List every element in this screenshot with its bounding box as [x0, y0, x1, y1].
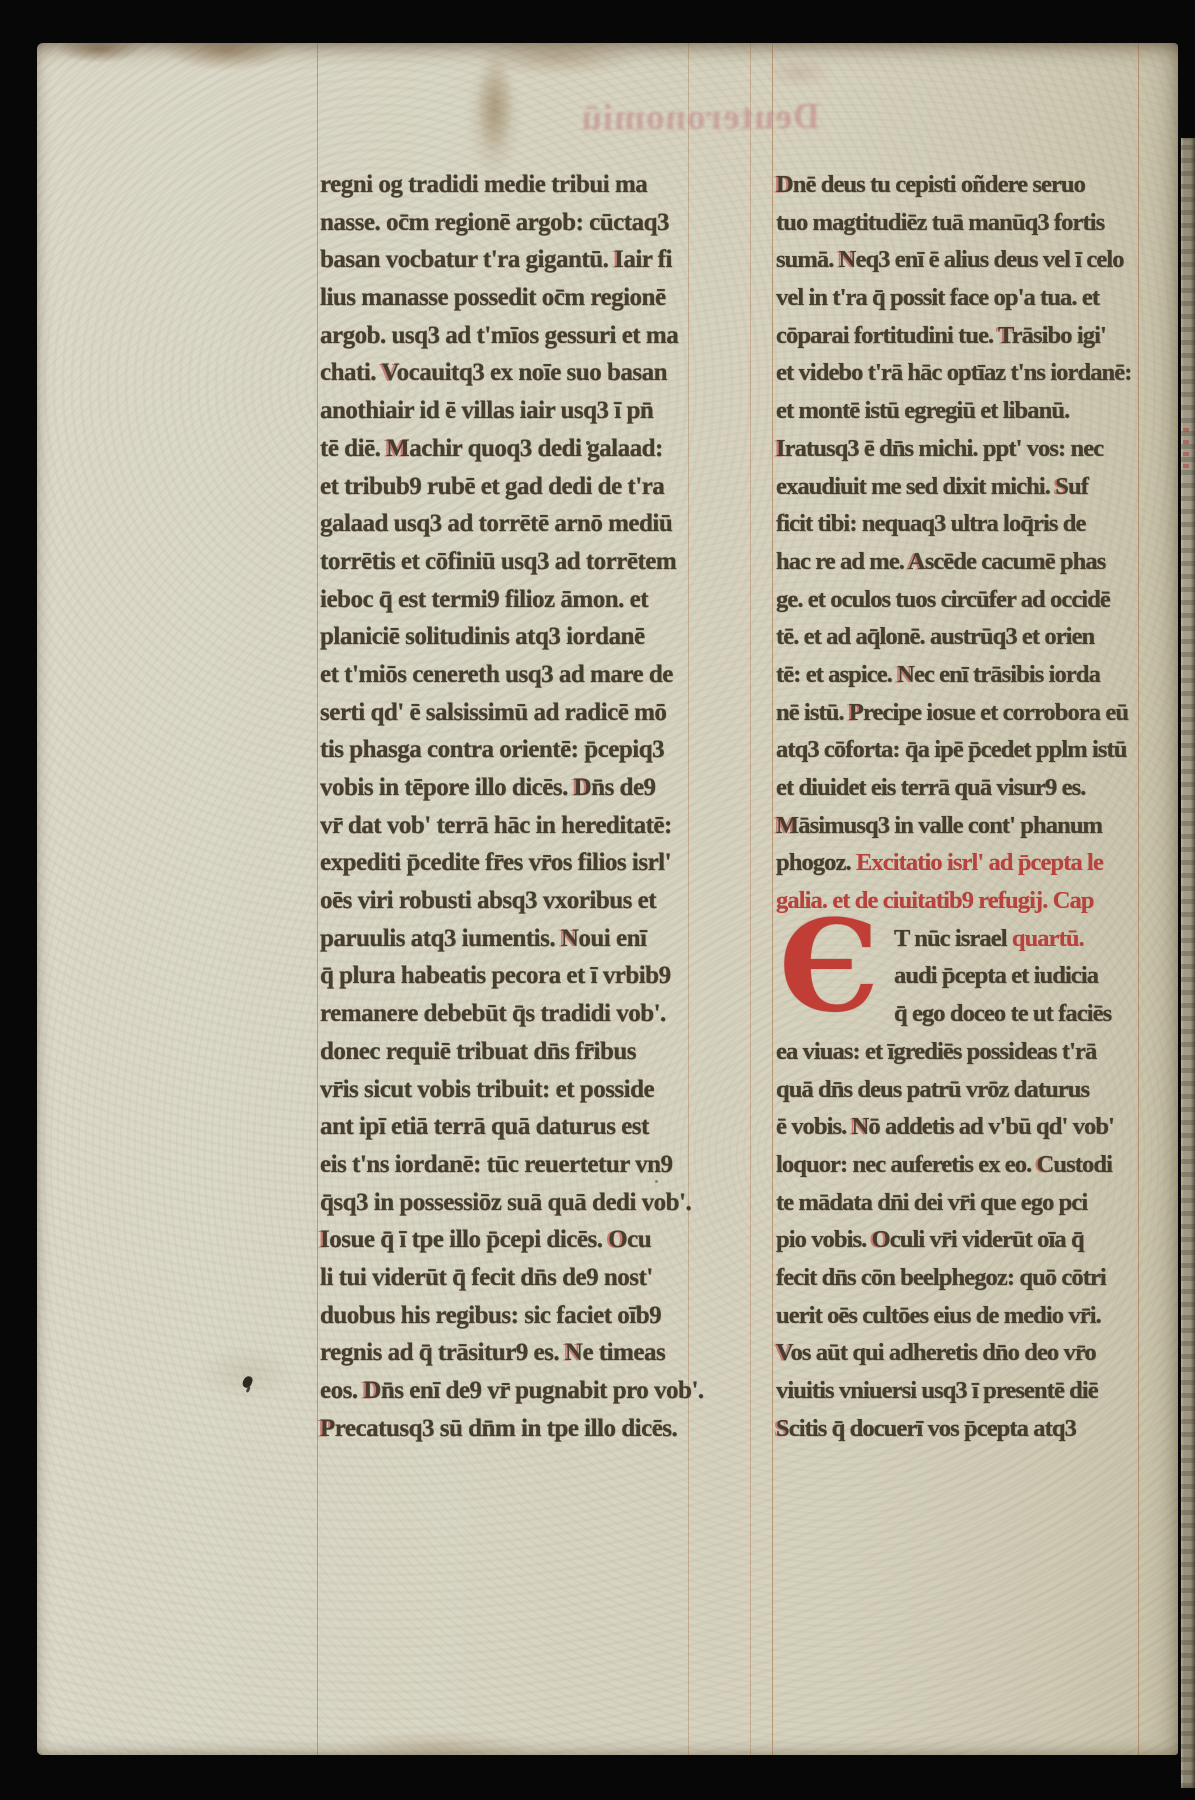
body-text: paruulis atq3 iumentis. — [320, 925, 561, 952]
text-line: q̄sq3 in possessiōz suā quā dedi vob'. — [320, 1184, 704, 1222]
body-text: fecit dn̄s cōn beelphegoz: quō cōtri — [776, 1264, 1106, 1291]
body-text: te mādata dn̄i dei vr̄i que ego pci — [776, 1189, 1087, 1216]
body-text: eos. — [320, 1377, 363, 1404]
body-text: ge. et oculos tuos circūfer ad occidē — [776, 586, 1110, 613]
rubricated-capital: S — [776, 1415, 789, 1442]
text-line: vobis in tēpore illo dicēs. Dn̄s de9 — [320, 769, 704, 807]
body-text: torrētis et cōfiniū usq3 ad torrētem — [320, 548, 676, 575]
body-text: atq3 cōforta: q̄a ipē p̄cedet pplm istū — [776, 736, 1127, 763]
body-text: ē vobis. — [776, 1113, 852, 1140]
text-line: fecit dn̄s cōn beelphegoz: quō cōtri — [776, 1259, 1132, 1297]
text-line: vel in t'ra q̄ possit face op'a tua. et — [776, 279, 1132, 317]
chapter-initial-letter: Є — [779, 903, 879, 1029]
ink-speck — [586, 441, 590, 445]
body-text: n̄s enī de9 vr̄ pugnabit pro vob'. — [381, 1377, 704, 1404]
text-line: hac re ad me. Ascēde cacumē phas — [776, 543, 1132, 581]
text-line: Dnē deus tu cepisti oñdere seruo — [776, 166, 1132, 204]
body-text: air fi — [623, 246, 672, 273]
body-text: duobus his regibus: sic faciet oīb9 — [320, 1302, 661, 1329]
text-line: ē vobis. Nō addetis ad v'bū qd' vob' — [776, 1108, 1132, 1146]
body-text: et t'miōs cenereth usq3 ad mare de — [320, 661, 673, 688]
rubricated-capital: V — [776, 1339, 791, 1366]
body-text: tē. et ad aq̄lonē. austrūq3 et orien — [776, 623, 1094, 650]
body-text: li tui viderūt q̄ fecit dn̄s de9 nost' — [320, 1264, 653, 1291]
text-line: pio vobis. Oculi vr̄i viderūt oīa q̄ — [776, 1221, 1132, 1259]
body-text: et tribub9 rubē et gad dedi de t'ra — [320, 473, 664, 500]
body-text: scēde cacumē phas — [925, 548, 1106, 575]
text-line: tuo magtitudiēz tuā manūq3 fortis — [776, 204, 1132, 242]
text-line: argob. usq3 ad t'mīos gessuri et ma — [320, 317, 704, 355]
text-line: et diuidet eis terrā quā visur9 es. — [776, 769, 1132, 807]
body-text: tē diē. — [320, 435, 386, 462]
text-line: li tui viderūt q̄ fecit dn̄s de9 nost' — [320, 1259, 704, 1297]
body-text: nē deus tu cepisti oñdere seruo — [793, 171, 1085, 198]
text-line: Māsimusq3 in valle cont' phanum — [776, 807, 1132, 845]
text-line: quā dn̄s deus patrū vrōz daturus — [776, 1071, 1132, 1109]
text-line: regnis ad q̄ trāsitur9 es. Ne timeas — [320, 1334, 704, 1372]
text-line: viuitis vniuersi usq3 ī presentē diē — [776, 1372, 1132, 1410]
rubricated-capital: P — [320, 1415, 335, 1442]
body-text: culi vr̄i viderūt oīa q̄ — [890, 1226, 1084, 1253]
body-text: vr̄ dat vob' terrā hāc in hereditatē: — [320, 812, 672, 839]
rubricated-capital: I — [776, 435, 785, 462]
rubricated-capital: I — [614, 246, 623, 273]
body-text: exaudiuit me sed dixit michi. — [776, 473, 1055, 500]
body-text: eq3 enī ē alius deus vel ī celo — [855, 246, 1123, 273]
ruling-line-col1-left — [317, 43, 318, 1755]
body-text: tuo magtitudiēz tuā manūq3 fortis — [776, 209, 1104, 236]
text-line: ge. et oculos tuos circūfer ad occidē — [776, 581, 1132, 619]
text-line: ant ipī etiā terrā quā daturus est — [320, 1108, 704, 1146]
text-line: tis phasga contra orientē: p̄cepiq3 — [320, 731, 704, 769]
body-text: chati. — [320, 359, 381, 386]
text-line: et tribub9 rubē et gad dedi de t'ra — [320, 468, 704, 506]
body-text: ocauitq3 ex noīe suo basan — [397, 359, 667, 386]
text-line: sumā. Neq3 enī ē alius deus vel ī celo — [776, 241, 1132, 279]
rubricated-capital: O — [608, 1226, 627, 1253]
rubric-text: Excitatio isrl' ad p̄cepta le — [856, 849, 1103, 876]
text-line: Iosue q̄ ī tpe illo p̄cepi dicēs. Ocu — [320, 1221, 704, 1259]
body-text: galaad usq3 ad torrētē arnō mediū — [320, 510, 672, 537]
body-text: osue q̄ ī tpe illo p̄cepi dicēs. — [329, 1226, 608, 1253]
text-line: et t'miōs cenereth usq3 ad mare de — [320, 656, 704, 694]
text-line: nē istū. Precipe iosue et corrobora eū — [776, 694, 1132, 732]
body-text: n̄s de9 — [591, 774, 655, 801]
body-text: viuitis vniuersi usq3 ī presentē diē — [776, 1377, 1098, 1404]
body-text: uf — [1068, 473, 1088, 500]
rubricated-capital: N — [839, 246, 856, 273]
body-text: cōparai fortitudini tue. — [776, 322, 998, 349]
body-text: vel in t'ra q̄ possit face op'a tua. et — [776, 284, 1099, 311]
body-text: ō addetis ad v'bū qd' vob' — [868, 1113, 1114, 1140]
text-line: duobus his regibus: sic faciet oīb9 — [320, 1297, 704, 1335]
body-text: basan vocbatur t'ra gigantū. — [320, 246, 614, 273]
body-text: argob. usq3 ad t'mīos gessuri et ma — [320, 322, 678, 349]
text-line: donec requiē tribuat dn̄s fr̄ibus — [320, 1033, 704, 1071]
rubricated-capital: M — [776, 812, 798, 839]
body-text: e timeas — [582, 1339, 665, 1366]
body-text: recipe iosue et corrobora eū — [863, 699, 1128, 726]
text-line: Precatusq3 sū dn̄m in tpe illo dicēs. — [320, 1410, 704, 1448]
ruling-line-gutter-a — [750, 43, 751, 1755]
text-line: phogoz. Excitatio isrl' ad p̄cepta le — [776, 844, 1132, 882]
rubricated-capital: N — [897, 661, 914, 688]
body-text: nē istū. — [776, 699, 849, 726]
body-text: planiciē solitudinis atq3 iordanē — [320, 623, 645, 650]
rubricated-capital: V — [381, 359, 396, 386]
rubricated-capital: S — [1055, 473, 1068, 500]
text-line: te mādata dn̄i dei vr̄i que ego pci — [776, 1184, 1132, 1222]
book-fore-edge-pages — [1181, 138, 1195, 1788]
rubricated-capital: D — [574, 774, 592, 801]
text-line: et videbo t'rā hāc optīaz t'ns iordanē: — [776, 354, 1132, 392]
body-text: donec requiē tribuat dn̄s fr̄ibus — [320, 1038, 636, 1065]
body-text: āsimusq3 in valle cont' phanum — [798, 812, 1102, 839]
text-line: et montē istū egregiū et libanū. — [776, 392, 1132, 430]
text-line: cōparai fortitudini tue. Trāsibo igi' — [776, 317, 1132, 355]
text-line: galaad usq3 ad torrētē arnō mediū — [320, 505, 704, 543]
rubricated-capital: D — [363, 1377, 381, 1404]
text-line: Vos aūt qui adheretis dn̄o deo vr̄o — [776, 1334, 1132, 1372]
text-line: q̄ plura habeatis pecora et ī vrbib9 — [320, 957, 704, 995]
body-text: audi p̄cepta et iudicia — [894, 962, 1098, 989]
text-line: atq3 cōforta: q̄a ipē p̄cedet pplm istū — [776, 731, 1132, 769]
text-line: exaudiuit me sed dixit michi. Suf — [776, 468, 1132, 506]
rubricated-capital: P — [849, 699, 863, 726]
text-line: lius manasse possedit oc̄m regionē — [320, 279, 704, 317]
body-text: pio vobis. — [776, 1226, 872, 1253]
body-text: ea viuas: et īgrediēs possideas t'rā — [776, 1038, 1096, 1065]
parchment-smudge — [468, 56, 520, 178]
rubricated-capital: N — [561, 925, 579, 952]
body-text: lius manasse possedit oc̄m regionē — [320, 284, 666, 311]
text-line: nasse. oc̄m regionē argob: cūctaq3 — [320, 204, 704, 242]
ink-speck — [655, 1180, 658, 1183]
text-line: oēs viri robusti absq3 vxoribus et — [320, 882, 704, 920]
rubricated-capital: T — [998, 322, 1012, 349]
body-text: q̄sq3 in possessiōz suā quā dedi vob'. — [320, 1189, 691, 1216]
body-text: regni og tradidi medie tribui ma — [320, 171, 647, 198]
body-text: citis q̄ docuerī vos p̄cepta atq3 — [789, 1415, 1076, 1442]
rubricated-capital: C — [1037, 1151, 1054, 1178]
text-line: vr̄is sicut vobis tribuit: et posside — [320, 1071, 704, 1109]
body-text: T nūc israel — [894, 925, 1012, 952]
text-line: uerit oēs cultōes eius de medio vr̄i. — [776, 1297, 1132, 1335]
body-text: anothiair id ē villas iair usq3 ī pn̄ — [320, 397, 653, 424]
body-text: nasse. oc̄m regionē argob: cūctaq3 — [320, 209, 669, 236]
body-text: phogoz. — [776, 849, 856, 876]
text-line: vr̄ dat vob' terrā hāc in hereditatē: — [320, 807, 704, 845]
body-text: ficit tibi: nequaq3 ultra loq̄ris de — [776, 510, 1085, 537]
text-line: ieboc q̄ est termi9 filioz āmon. et — [320, 581, 704, 619]
body-text: quā dn̄s deus patrū vrōz daturus — [776, 1076, 1089, 1103]
body-text: tē: et aspice. — [776, 661, 897, 688]
body-text: q̄ ego doceo te ut faciēs — [894, 1000, 1111, 1027]
body-text: eis t'ns iordanē: tūc reuertetur vn9 — [320, 1151, 673, 1178]
body-text: vobis in tēpore illo dicēs. — [320, 774, 574, 801]
text-line: tē diē. Machir quoq3 dedi galaad: — [320, 430, 704, 468]
manuscript-photo: { "page": { "offset_header": "Deuteronom… — [0, 0, 1195, 1800]
body-text: rāsibo igi' — [1012, 322, 1106, 349]
body-text: sumā. — [776, 246, 839, 273]
body-text: ustodi — [1053, 1151, 1112, 1178]
text-line: anothiair id ē villas iair usq3 ī pn̄ — [320, 392, 704, 430]
body-text: hac re ad me. — [776, 548, 908, 575]
show-through-running-header: Deuteronomiū — [545, 95, 855, 140]
ruling-line-col2-left — [772, 43, 773, 1755]
text-line: eis t'ns iordanē: tūc reuertetur vn9 — [320, 1146, 704, 1184]
body-text: regnis ad q̄ trāsitur9 es. — [320, 1339, 565, 1366]
rubricated-capital: O — [872, 1226, 890, 1253]
text-line: Scitis q̄ docuerī vos p̄cepta atq3 — [776, 1410, 1132, 1448]
body-text: ratusq3 ē dn̄s michi. ppt' vos: nec — [785, 435, 1104, 462]
body-text: ant ipī etiā terrā quā daturus est — [320, 1113, 649, 1140]
body-text: et diuidet eis terrā quā visur9 es. — [776, 774, 1085, 801]
body-text: tis phasga contra orientē: p̄cepiq3 — [320, 736, 664, 763]
text-line: loquor: nec auferetis ex eo. Custodi — [776, 1146, 1132, 1184]
text-column-left: regni og tradidi medie tribui manasse. o… — [320, 166, 704, 1447]
body-text: q̄ plura habeatis pecora et ī vrbib9 — [320, 962, 671, 989]
rubricated-capital: D — [776, 171, 793, 198]
body-text: ec enī trāsibis iorda — [914, 661, 1100, 688]
body-text: uerit oēs cultōes eius de medio vr̄i. — [776, 1302, 1101, 1329]
body-text: cu — [627, 1226, 651, 1253]
text-line: expediti p̄cedite fr̄es vr̄os filios isr… — [320, 844, 704, 882]
rubricated-capital: I — [320, 1226, 329, 1253]
rubricated-capital: A — [908, 548, 925, 575]
body-text: vr̄is sicut vobis tribuit: et posside — [320, 1076, 654, 1103]
text-line: Iratusq3 ē dn̄s michi. ppt' vos: nec — [776, 430, 1132, 468]
body-text: oui enī — [578, 925, 646, 952]
body-text: et videbo t'rā hāc optīaz t'ns iordanē: — [776, 359, 1132, 386]
text-line: planiciē solitudinis atq3 iordanē — [320, 618, 704, 656]
text-column-right: Dnē deus tu cepisti oñdere seruotuo magt… — [776, 166, 1132, 1447]
text-line: tē. et ad aq̄lonē. austrūq3 et orien — [776, 618, 1132, 656]
text-line: basan vocbatur t'ra gigantū. Iair fi — [320, 241, 704, 279]
text-line: paruulis atq3 iumentis. Noui enī — [320, 920, 704, 958]
text-line: ficit tibi: nequaq3 ultra loq̄ris de — [776, 505, 1132, 543]
rubricated-capital: M — [386, 435, 409, 462]
text-line: tē: et aspice. Nec enī trāsibis iorda — [776, 656, 1132, 694]
rubricated-capital: N — [852, 1113, 869, 1140]
body-text: recatusq3 sū dn̄m in tpe illo dicēs. — [335, 1415, 678, 1442]
text-line: torrētis et cōfiniū usq3 ad torrētem — [320, 543, 704, 581]
body-text: et montē istū egregiū et libanū. — [776, 397, 1069, 424]
text-line: regni og tradidi medie tribui ma — [320, 166, 704, 204]
text-line: chati. Vocauitq3 ex noīe suo basan — [320, 354, 704, 392]
body-text: ieboc q̄ est termi9 filioz āmon. et — [320, 586, 648, 613]
body-text: expediti p̄cedite fr̄es vr̄os filios isr… — [320, 849, 671, 876]
body-text: os aūt qui adheretis dn̄o deo vr̄o — [791, 1339, 1096, 1366]
body-text: oēs viri robusti absq3 vxoribus et — [320, 887, 656, 914]
text-line: eos. Dn̄s enī de9 vr̄ pugnabit pro vob'. — [320, 1372, 704, 1410]
body-text: loquor: nec auferetis ex eo. — [776, 1151, 1037, 1178]
body-text: achir quoq3 dedi galaad: — [409, 435, 663, 462]
ruling-line-col2-right — [1138, 43, 1139, 1755]
body-text: serti qd' ē salsissimū ad radicē mō — [320, 699, 666, 726]
text-line: serti qd' ē salsissimū ad radicē mō — [320, 694, 704, 732]
text-line: remanere debebūt q̄s tradidi vob'. — [320, 995, 704, 1033]
body-text: remanere debebūt q̄s tradidi vob'. — [320, 1000, 666, 1027]
rubric-text: quartū. — [1012, 925, 1084, 952]
rubricated-capital: N — [565, 1339, 583, 1366]
